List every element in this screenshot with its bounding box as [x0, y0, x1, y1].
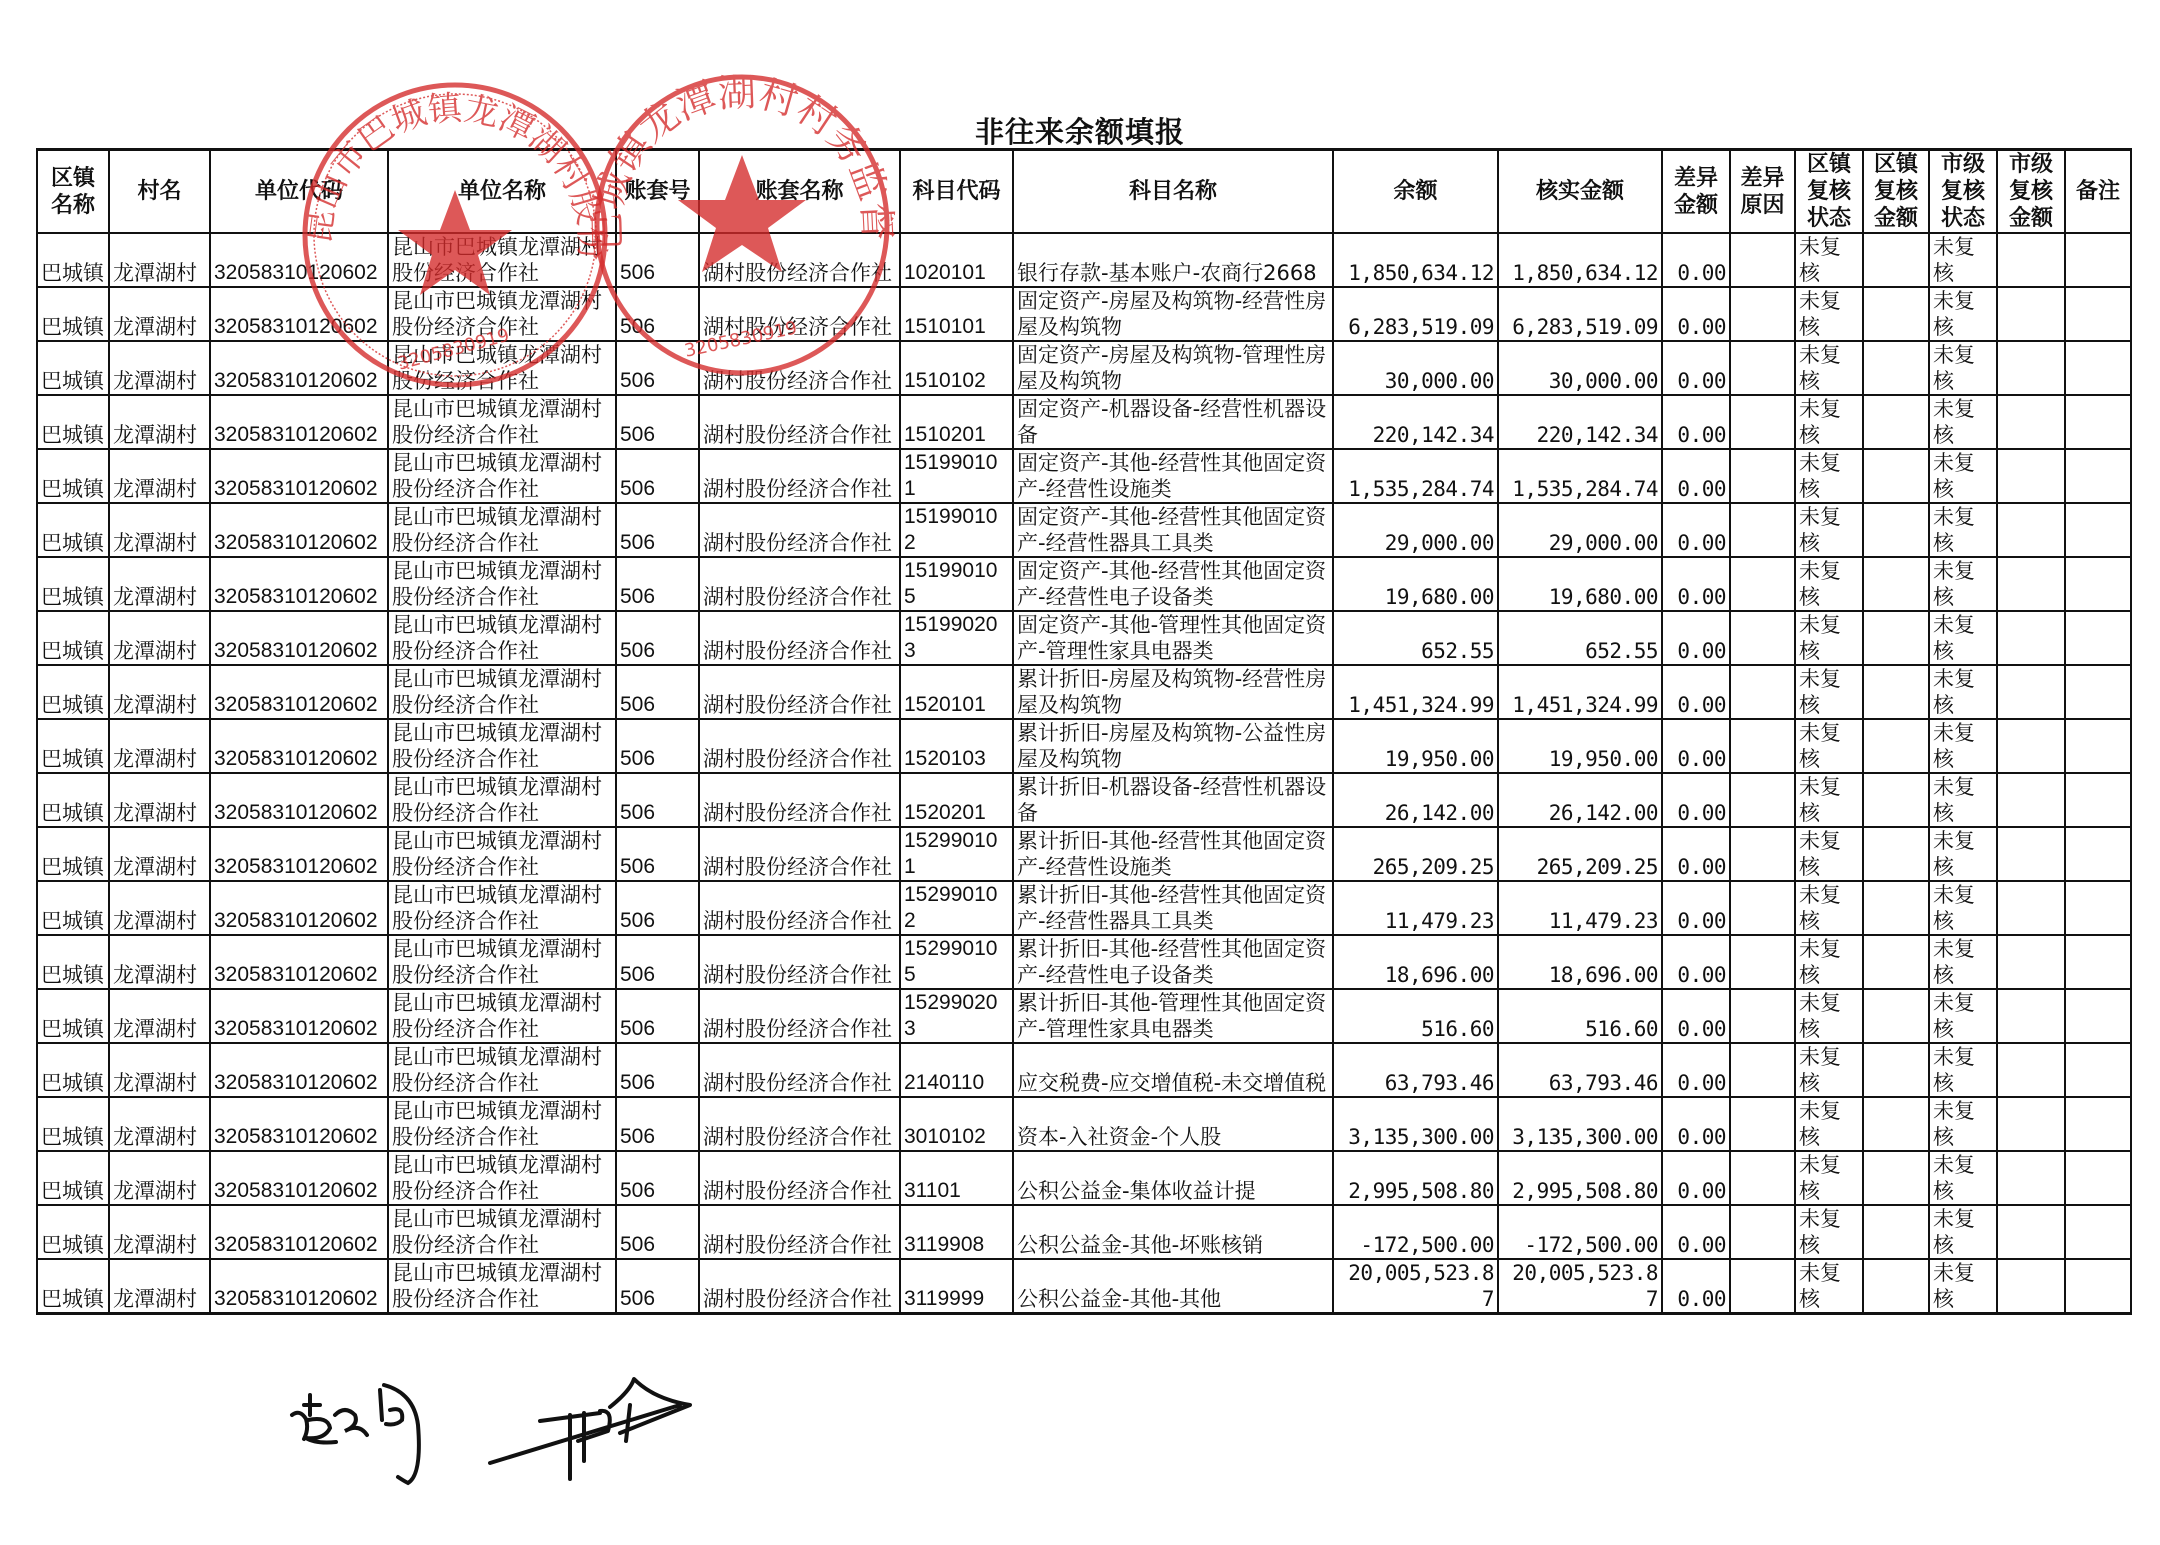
cell-unit-code: 32058310120602	[210, 1259, 388, 1314]
cell-town: 巴城镇	[37, 449, 109, 503]
cell-diff: 0.00	[1662, 1259, 1730, 1314]
column-header: 差异原因	[1730, 150, 1795, 234]
cell-book-no: 506	[616, 989, 699, 1043]
cell-subject-name: 累计折旧-其他-管理性其他固定资产-管理性家具电器类	[1013, 989, 1333, 1043]
cell-balance: 18,696.00	[1333, 935, 1498, 989]
cell-town: 巴城镇	[37, 827, 109, 881]
cell-town-status: 未复核	[1795, 1205, 1863, 1259]
cell-balance: 220,142.34	[1333, 395, 1498, 449]
cell-book-name: 湖村股份经济合作社	[699, 881, 900, 935]
balance-table: 区镇名称村名单位代码单位名称账套号账套名称科目代码科目名称余额核实金额差异金额差…	[36, 148, 2132, 1315]
cell-town: 巴城镇	[37, 989, 109, 1043]
cell-city-status: 未复核	[1929, 611, 1997, 665]
cell-book-name: 湖村股份经济合作社	[699, 557, 900, 611]
cell-subject-code: 151990102	[900, 503, 1013, 557]
cell-diff: 0.00	[1662, 503, 1730, 557]
cell-diff-reason	[1730, 449, 1795, 503]
cell-book-no: 506	[616, 557, 699, 611]
cell-note	[2065, 1259, 2131, 1314]
cell-book-name: 湖村股份经济合作社	[699, 719, 900, 773]
cell-city-amount	[1997, 665, 2065, 719]
cell-unit-name: 昆山市巴城镇龙潭湖村股份经济合作社	[388, 611, 616, 665]
cell-subject-code: 152990105	[900, 935, 1013, 989]
cell-city-amount	[1997, 989, 2065, 1043]
cell-balance: 11,479.23	[1333, 881, 1498, 935]
cell-subject-code: 152990102	[900, 881, 1013, 935]
cell-diff-reason	[1730, 1043, 1795, 1097]
cell-subject-name: 固定资产-房屋及构筑物-经营性房屋及构筑物	[1013, 287, 1333, 341]
cell-balance: 19,950.00	[1333, 719, 1498, 773]
cell-verified: 1,535,284.74	[1498, 449, 1662, 503]
cell-unit-code: 32058310120602	[210, 773, 388, 827]
cell-diff: 0.00	[1662, 665, 1730, 719]
cell-city-amount	[1997, 395, 2065, 449]
cell-town-status: 未复核	[1795, 233, 1863, 287]
cell-village: 龙潭湖村	[109, 719, 210, 773]
cell-book-name: 湖村股份经济合作社	[699, 935, 900, 989]
cell-book-name: 湖村股份经济合作社	[699, 827, 900, 881]
cell-town-amount	[1863, 1259, 1929, 1314]
column-header: 核实金额	[1498, 150, 1662, 234]
cell-book-no: 506	[616, 287, 699, 341]
cell-village: 龙潭湖村	[109, 1151, 210, 1205]
column-header: 单位名称	[388, 150, 616, 234]
cell-village: 龙潭湖村	[109, 1043, 210, 1097]
cell-book-name: 湖村股份经济合作社	[699, 611, 900, 665]
cell-town-status: 未复核	[1795, 395, 1863, 449]
cell-town-status: 未复核	[1795, 1043, 1863, 1097]
cell-unit-code: 32058310120602	[210, 1097, 388, 1151]
cell-town-amount	[1863, 1151, 1929, 1205]
cell-book-name: 湖村股份经济合作社	[699, 287, 900, 341]
cell-diff: 0.00	[1662, 341, 1730, 395]
cell-town-amount	[1863, 395, 1929, 449]
cell-book-name: 湖村股份经济合作社	[699, 989, 900, 1043]
cell-note	[2065, 1097, 2131, 1151]
cell-town-status: 未复核	[1795, 1151, 1863, 1205]
cell-book-no: 506	[616, 1097, 699, 1151]
cell-balance: 6,283,519.09	[1333, 287, 1498, 341]
cell-diff-reason	[1730, 1259, 1795, 1314]
cell-balance: -172,500.00	[1333, 1205, 1498, 1259]
cell-verified: 19,680.00	[1498, 557, 1662, 611]
cell-diff-reason	[1730, 1205, 1795, 1259]
cell-city-amount	[1997, 1259, 2065, 1314]
cell-town: 巴城镇	[37, 287, 109, 341]
document-title: 非往来余额填报	[0, 110, 2160, 151]
cell-village: 龙潭湖村	[109, 881, 210, 935]
cell-note	[2065, 395, 2131, 449]
cell-note	[2065, 773, 2131, 827]
cell-book-no: 506	[616, 611, 699, 665]
table-row: 巴城镇龙潭湖村32058310120602昆山市巴城镇龙潭湖村股份经济合作社50…	[37, 611, 2131, 665]
column-header: 科目代码	[900, 150, 1013, 234]
cell-diff: 0.00	[1662, 233, 1730, 287]
cell-town-status: 未复核	[1795, 611, 1863, 665]
cell-unit-name: 昆山市巴城镇龙潭湖村股份经济合作社	[388, 503, 616, 557]
cell-verified: 29,000.00	[1498, 503, 1662, 557]
cell-diff: 0.00	[1662, 773, 1730, 827]
cell-unit-code: 32058310120602	[210, 287, 388, 341]
cell-diff-reason	[1730, 935, 1795, 989]
cell-town-amount	[1863, 827, 1929, 881]
cell-town: 巴城镇	[37, 233, 109, 287]
cell-town-status: 未复核	[1795, 341, 1863, 395]
cell-village: 龙潭湖村	[109, 395, 210, 449]
cell-village: 龙潭湖村	[109, 827, 210, 881]
cell-unit-name: 昆山市巴城镇龙潭湖村股份经济合作社	[388, 1259, 616, 1314]
cell-subject-name: 累计折旧-其他-经营性其他固定资产-经营性电子设备类	[1013, 935, 1333, 989]
table-header-row: 区镇名称村名单位代码单位名称账套号账套名称科目代码科目名称余额核实金额差异金额差…	[37, 150, 2131, 234]
cell-town-status: 未复核	[1795, 827, 1863, 881]
cell-book-no: 506	[616, 665, 699, 719]
cell-diff: 0.00	[1662, 1043, 1730, 1097]
cell-subject-code: 1520101	[900, 665, 1013, 719]
cell-subject-name: 银行存款-基本账户-农商行2668	[1013, 233, 1333, 287]
cell-city-status: 未复核	[1929, 1205, 1997, 1259]
cell-village: 龙潭湖村	[109, 287, 210, 341]
cell-diff: 0.00	[1662, 1151, 1730, 1205]
cell-diff-reason	[1730, 827, 1795, 881]
cell-unit-code: 32058310120602	[210, 665, 388, 719]
table-row: 巴城镇龙潭湖村32058310120602昆山市巴城镇龙潭湖村股份经济合作社50…	[37, 827, 2131, 881]
cell-subject-name: 累计折旧-其他-经营性其他固定资产-经营性器具工具类	[1013, 881, 1333, 935]
cell-subject-name: 资本-入社资金-个人股	[1013, 1097, 1333, 1151]
cell-village: 龙潭湖村	[109, 341, 210, 395]
column-header: 市级复核状态	[1929, 150, 1997, 234]
cell-village: 龙潭湖村	[109, 989, 210, 1043]
cell-book-name: 湖村股份经济合作社	[699, 503, 900, 557]
column-header: 区镇复核金额	[1863, 150, 1929, 234]
cell-balance: 2,995,508.80	[1333, 1151, 1498, 1205]
cell-note	[2065, 719, 2131, 773]
cell-subject-code: 151990101	[900, 449, 1013, 503]
cell-diff-reason	[1730, 395, 1795, 449]
cell-town-status: 未复核	[1795, 449, 1863, 503]
cell-book-no: 506	[616, 1151, 699, 1205]
cell-unit-name: 昆山市巴城镇龙潭湖村股份经济合作社	[388, 827, 616, 881]
cell-book-no: 506	[616, 773, 699, 827]
table-row: 巴城镇龙潭湖村32058310120602昆山市巴城镇龙潭湖村股份经济合作社50…	[37, 989, 2131, 1043]
cell-town: 巴城镇	[37, 1259, 109, 1314]
cell-diff-reason	[1730, 1151, 1795, 1205]
cell-city-amount	[1997, 287, 2065, 341]
table-body: 巴城镇龙潭湖村32058310120602昆山市巴城镇龙潭湖村股份经济合作社50…	[37, 233, 2131, 1314]
cell-book-name: 湖村股份经济合作社	[699, 341, 900, 395]
table-row: 巴城镇龙潭湖村32058310120602昆山市巴城镇龙潭湖村股份经济合作社50…	[37, 1097, 2131, 1151]
cell-diff-reason	[1730, 665, 1795, 719]
cell-subject-code: 151990203	[900, 611, 1013, 665]
cell-book-no: 506	[616, 719, 699, 773]
cell-unit-code: 32058310120602	[210, 935, 388, 989]
cell-unit-name: 昆山市巴城镇龙潭湖村股份经济合作社	[388, 287, 616, 341]
cell-unit-name: 昆山市巴城镇龙潭湖村股份经济合作社	[388, 665, 616, 719]
cell-city-amount	[1997, 881, 2065, 935]
cell-city-status: 未复核	[1929, 233, 1997, 287]
cell-city-amount	[1997, 449, 2065, 503]
cell-subject-name: 累计折旧-房屋及构筑物-经营性房屋及构筑物	[1013, 665, 1333, 719]
cell-subject-code: 1020101	[900, 233, 1013, 287]
cell-diff-reason	[1730, 1097, 1795, 1151]
cell-town: 巴城镇	[37, 395, 109, 449]
cell-town-status: 未复核	[1795, 665, 1863, 719]
table-row: 巴城镇龙潭湖村32058310120602昆山市巴城镇龙潭湖村股份经济合作社50…	[37, 773, 2131, 827]
cell-verified: 1,451,324.99	[1498, 665, 1662, 719]
cell-balance: 652.55	[1333, 611, 1498, 665]
cell-verified: 30,000.00	[1498, 341, 1662, 395]
cell-city-amount	[1997, 1043, 2065, 1097]
cell-town-status: 未复核	[1795, 1259, 1863, 1314]
cell-town: 巴城镇	[37, 719, 109, 773]
cell-book-name: 湖村股份经济合作社	[699, 1151, 900, 1205]
cell-town: 巴城镇	[37, 881, 109, 935]
cell-verified: 19,950.00	[1498, 719, 1662, 773]
cell-unit-code: 32058310120602	[210, 233, 388, 287]
cell-note	[2065, 935, 2131, 989]
table-row: 巴城镇龙潭湖村32058310120602昆山市巴城镇龙潭湖村股份经济合作社50…	[37, 1259, 2131, 1314]
table-row: 巴城镇龙潭湖村32058310120602昆山市巴城镇龙潭湖村股份经济合作社50…	[37, 287, 2131, 341]
cell-unit-name: 昆山市巴城镇龙潭湖村股份经济合作社	[388, 395, 616, 449]
cell-verified: 652.55	[1498, 611, 1662, 665]
cell-subject-code: 2140110	[900, 1043, 1013, 1097]
cell-diff-reason	[1730, 557, 1795, 611]
cell-book-no: 506	[616, 503, 699, 557]
cell-diff: 0.00	[1662, 1097, 1730, 1151]
cell-note	[2065, 1151, 2131, 1205]
cell-verified: 6,283,519.09	[1498, 287, 1662, 341]
cell-city-status: 未复核	[1929, 1097, 1997, 1151]
cell-city-amount	[1997, 719, 2065, 773]
cell-unit-name: 昆山市巴城镇龙潭湖村股份经济合作社	[388, 449, 616, 503]
cell-subject-name: 累计折旧-其他-经营性其他固定资产-经营性设施类	[1013, 827, 1333, 881]
cell-verified: 20,005,523.87	[1498, 1259, 1662, 1314]
signature-2	[480, 1375, 710, 1495]
cell-diff-reason	[1730, 233, 1795, 287]
cell-note	[2065, 989, 2131, 1043]
cell-town: 巴城镇	[37, 665, 109, 719]
cell-diff-reason	[1730, 989, 1795, 1043]
cell-book-no: 506	[616, 1043, 699, 1097]
cell-village: 龙潭湖村	[109, 1259, 210, 1314]
cell-subject-code: 3010102	[900, 1097, 1013, 1151]
cell-subject-code: 152990203	[900, 989, 1013, 1043]
cell-balance: 63,793.46	[1333, 1043, 1498, 1097]
column-header: 村名	[109, 150, 210, 234]
cell-city-status: 未复核	[1929, 287, 1997, 341]
cell-balance: 19,680.00	[1333, 557, 1498, 611]
cell-unit-name: 昆山市巴城镇龙潭湖村股份经济合作社	[388, 1043, 616, 1097]
cell-village: 龙潭湖村	[109, 1097, 210, 1151]
cell-town-amount	[1863, 773, 1929, 827]
signature-1	[280, 1375, 480, 1495]
cell-village: 龙潭湖村	[109, 665, 210, 719]
cell-subject-code: 152990101	[900, 827, 1013, 881]
cell-village: 龙潭湖村	[109, 233, 210, 287]
cell-diff-reason	[1730, 503, 1795, 557]
cell-town-amount	[1863, 1205, 1929, 1259]
cell-city-amount	[1997, 557, 2065, 611]
cell-diff: 0.00	[1662, 989, 1730, 1043]
cell-village: 龙潭湖村	[109, 503, 210, 557]
cell-verified: 265,209.25	[1498, 827, 1662, 881]
cell-note	[2065, 1043, 2131, 1097]
cell-unit-code: 32058310120602	[210, 503, 388, 557]
cell-diff-reason	[1730, 341, 1795, 395]
cell-subject-code: 1520103	[900, 719, 1013, 773]
cell-diff: 0.00	[1662, 935, 1730, 989]
cell-diff: 0.00	[1662, 449, 1730, 503]
cell-unit-name: 昆山市巴城镇龙潭湖村股份经济合作社	[388, 935, 616, 989]
cell-subject-code: 3119908	[900, 1205, 1013, 1259]
cell-diff: 0.00	[1662, 1205, 1730, 1259]
cell-book-name: 湖村股份经济合作社	[699, 1205, 900, 1259]
cell-balance: 29,000.00	[1333, 503, 1498, 557]
cell-town-amount	[1863, 611, 1929, 665]
cell-village: 龙潭湖村	[109, 557, 210, 611]
cell-town: 巴城镇	[37, 557, 109, 611]
cell-subject-name: 累计折旧-机器设备-经营性机器设备	[1013, 773, 1333, 827]
cell-unit-name: 昆山市巴城镇龙潭湖村股份经济合作社	[388, 1205, 616, 1259]
column-header: 市级复核金额	[1997, 150, 2065, 234]
cell-book-no: 506	[616, 341, 699, 395]
column-header: 区镇名称	[37, 150, 109, 234]
cell-book-no: 506	[616, 935, 699, 989]
cell-balance: 26,142.00	[1333, 773, 1498, 827]
cell-note	[2065, 557, 2131, 611]
cell-balance: 30,000.00	[1333, 341, 1498, 395]
cell-balance: 1,451,324.99	[1333, 665, 1498, 719]
cell-city-amount	[1997, 827, 2065, 881]
cell-diff-reason	[1730, 287, 1795, 341]
cell-town: 巴城镇	[37, 503, 109, 557]
cell-diff-reason	[1730, 611, 1795, 665]
table-row: 巴城镇龙潭湖村32058310120602昆山市巴城镇龙潭湖村股份经济合作社50…	[37, 449, 2131, 503]
cell-verified: 2,995,508.80	[1498, 1151, 1662, 1205]
cell-subject-name: 固定资产-机器设备-经营性机器设备	[1013, 395, 1333, 449]
cell-city-amount	[1997, 1151, 2065, 1205]
cell-city-amount	[1997, 503, 2065, 557]
cell-diff: 0.00	[1662, 611, 1730, 665]
table-row: 巴城镇龙潭湖村32058310120602昆山市巴城镇龙潭湖村股份经济合作社50…	[37, 1043, 2131, 1097]
cell-note	[2065, 827, 2131, 881]
cell-town-amount	[1863, 1097, 1929, 1151]
cell-city-status: 未复核	[1929, 449, 1997, 503]
cell-town: 巴城镇	[37, 773, 109, 827]
cell-subject-name: 累计折旧-房屋及构筑物-公益性房屋及构筑物	[1013, 719, 1333, 773]
cell-village: 龙潭湖村	[109, 1205, 210, 1259]
cell-city-status: 未复核	[1929, 935, 1997, 989]
cell-town-amount	[1863, 665, 1929, 719]
cell-diff: 0.00	[1662, 395, 1730, 449]
cell-note	[2065, 503, 2131, 557]
cell-subject-name: 公积公益金-其他-坏账核销	[1013, 1205, 1333, 1259]
cell-town-status: 未复核	[1795, 1097, 1863, 1151]
cell-diff: 0.00	[1662, 287, 1730, 341]
table-row: 巴城镇龙潭湖村32058310120602昆山市巴城镇龙潭湖村股份经济合作社50…	[37, 395, 2131, 449]
cell-diff-reason	[1730, 719, 1795, 773]
column-header: 科目名称	[1013, 150, 1333, 234]
cell-village: 龙潭湖村	[109, 773, 210, 827]
cell-book-no: 506	[616, 1259, 699, 1314]
table-row: 巴城镇龙潭湖村32058310120602昆山市巴城镇龙潭湖村股份经济合作社50…	[37, 233, 2131, 287]
cell-subject-name: 公积公益金-其他-其他	[1013, 1259, 1333, 1314]
cell-book-no: 506	[616, 881, 699, 935]
column-header: 备注	[2065, 150, 2131, 234]
cell-note	[2065, 449, 2131, 503]
cell-verified: 11,479.23	[1498, 881, 1662, 935]
cell-city-status: 未复核	[1929, 395, 1997, 449]
cell-town: 巴城镇	[37, 341, 109, 395]
cell-unit-name: 昆山市巴城镇龙潭湖村股份经济合作社	[388, 557, 616, 611]
cell-unit-name: 昆山市巴城镇龙潭湖村股份经济合作社	[388, 233, 616, 287]
cell-city-amount	[1997, 611, 2065, 665]
cell-unit-code: 32058310120602	[210, 611, 388, 665]
cell-book-no: 506	[616, 233, 699, 287]
cell-city-status: 未复核	[1929, 827, 1997, 881]
cell-diff: 0.00	[1662, 557, 1730, 611]
cell-town: 巴城镇	[37, 1205, 109, 1259]
cell-city-status: 未复核	[1929, 719, 1997, 773]
column-header: 差异金额	[1662, 150, 1730, 234]
cell-town-amount	[1863, 881, 1929, 935]
cell-verified: 63,793.46	[1498, 1043, 1662, 1097]
cell-city-status: 未复核	[1929, 1151, 1997, 1205]
cell-unit-code: 32058310120602	[210, 881, 388, 935]
cell-town-status: 未复核	[1795, 773, 1863, 827]
cell-city-status: 未复核	[1929, 1043, 1997, 1097]
cell-note	[2065, 665, 2131, 719]
table-row: 巴城镇龙潭湖村32058310120602昆山市巴城镇龙潭湖村股份经济合作社50…	[37, 665, 2131, 719]
cell-subject-name: 固定资产-其他-管理性其他固定资产-管理性家具电器类	[1013, 611, 1333, 665]
cell-subject-code: 1510201	[900, 395, 1013, 449]
table-row: 巴城镇龙潭湖村32058310120602昆山市巴城镇龙潭湖村股份经济合作社50…	[37, 341, 2131, 395]
cell-town-amount	[1863, 935, 1929, 989]
cell-unit-name: 昆山市巴城镇龙潭湖村股份经济合作社	[388, 1151, 616, 1205]
cell-unit-code: 32058310120602	[210, 395, 388, 449]
cell-verified: 18,696.00	[1498, 935, 1662, 989]
table-row: 巴城镇龙潭湖村32058310120602昆山市巴城镇龙潭湖村股份经济合作社50…	[37, 1151, 2131, 1205]
cell-unit-code: 32058310120602	[210, 719, 388, 773]
cell-book-name: 湖村股份经济合作社	[699, 233, 900, 287]
cell-unit-code: 32058310120602	[210, 1043, 388, 1097]
cell-book-name: 湖村股份经济合作社	[699, 1097, 900, 1151]
cell-town: 巴城镇	[37, 935, 109, 989]
cell-town-status: 未复核	[1795, 719, 1863, 773]
cell-note	[2065, 341, 2131, 395]
cell-verified: 220,142.34	[1498, 395, 1662, 449]
cell-diff-reason	[1730, 881, 1795, 935]
cell-town-amount	[1863, 233, 1929, 287]
cell-town: 巴城镇	[37, 1151, 109, 1205]
cell-city-status: 未复核	[1929, 1259, 1997, 1314]
cell-town-status: 未复核	[1795, 557, 1863, 611]
cell-subject-code: 151990105	[900, 557, 1013, 611]
cell-unit-code: 32058310120602	[210, 1151, 388, 1205]
cell-city-status: 未复核	[1929, 557, 1997, 611]
cell-book-no: 506	[616, 449, 699, 503]
cell-note	[2065, 881, 2131, 935]
cell-subject-name: 固定资产-房屋及构筑物-管理性房屋及构筑物	[1013, 341, 1333, 395]
cell-subject-code: 1520201	[900, 773, 1013, 827]
cell-note	[2065, 233, 2131, 287]
cell-town-status: 未复核	[1795, 881, 1863, 935]
cell-subject-name: 公积公益金-集体收益计提	[1013, 1151, 1333, 1205]
cell-unit-name: 昆山市巴城镇龙潭湖村股份经济合作社	[388, 773, 616, 827]
cell-book-name: 湖村股份经济合作社	[699, 1259, 900, 1314]
column-header: 区镇复核状态	[1795, 150, 1863, 234]
cell-subject-name: 固定资产-其他-经营性其他固定资产-经营性设施类	[1013, 449, 1333, 503]
cell-town-status: 未复核	[1795, 935, 1863, 989]
